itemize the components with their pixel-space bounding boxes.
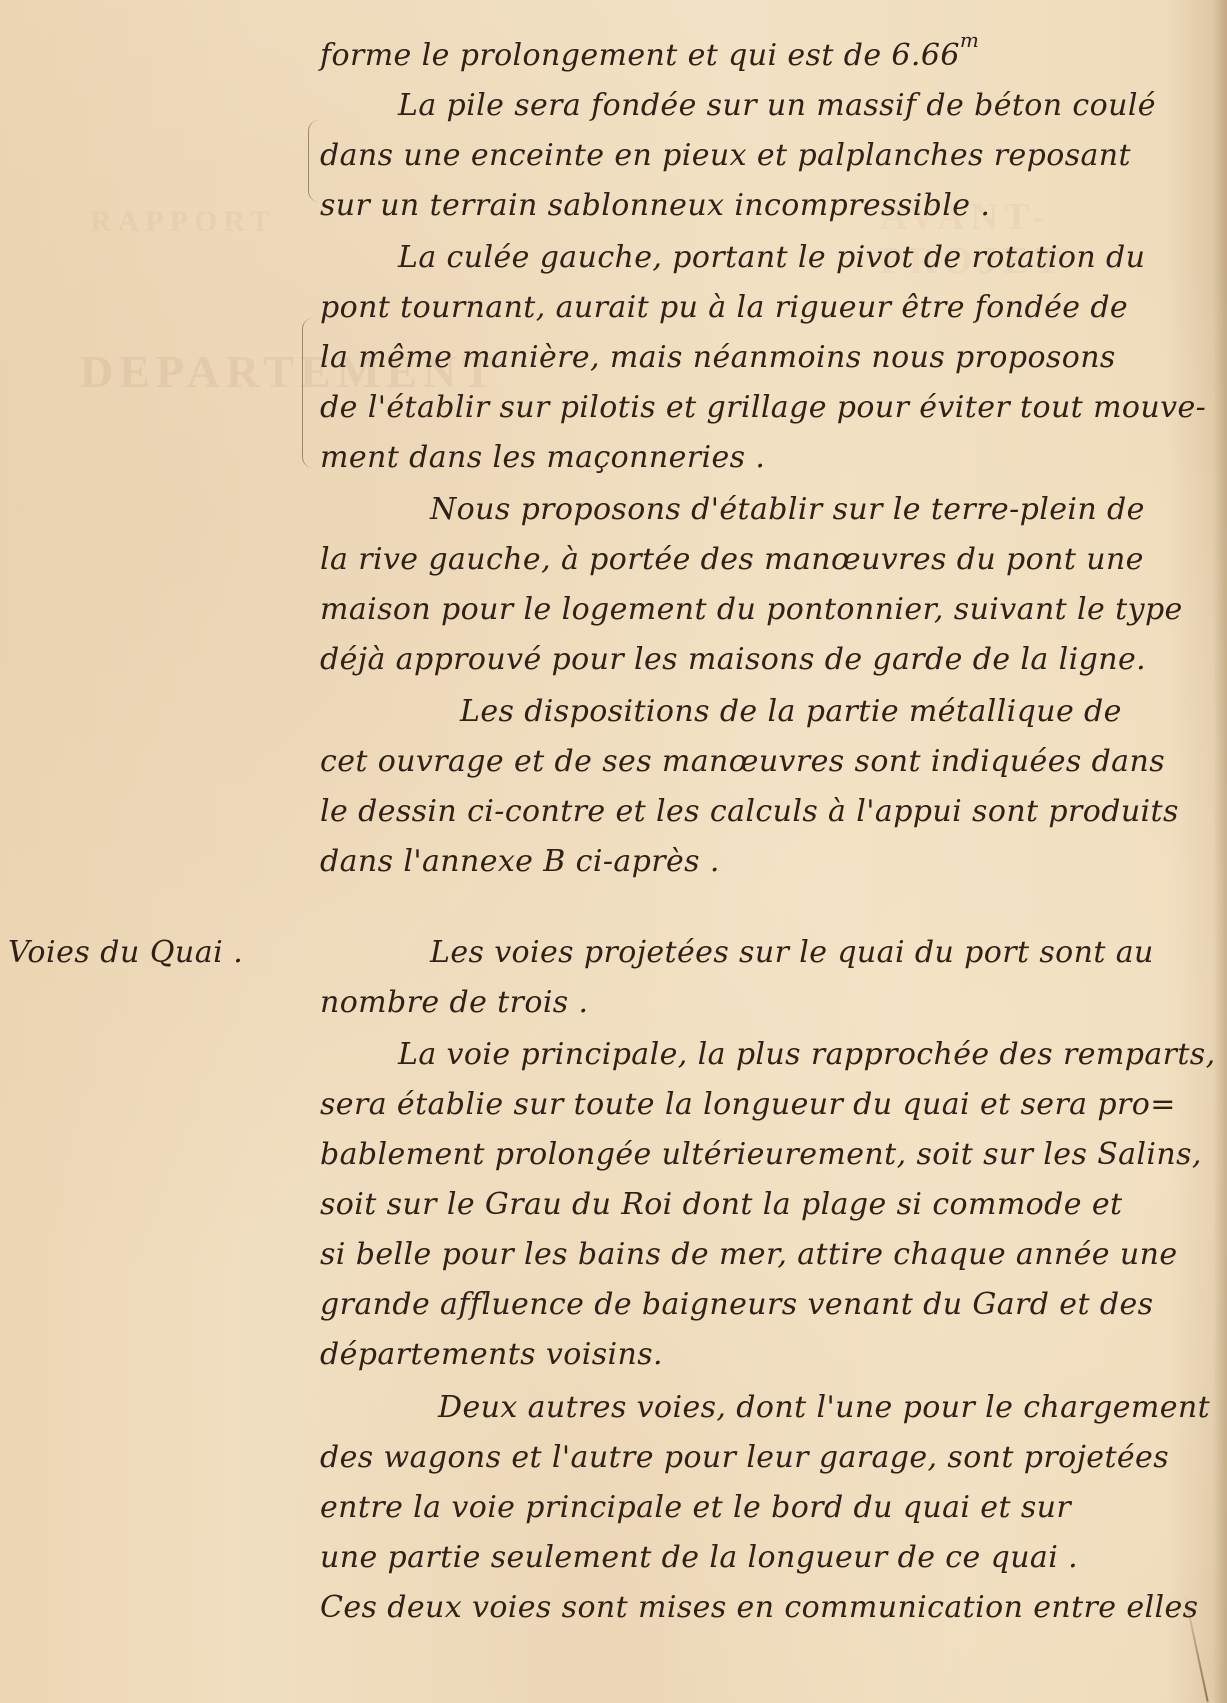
bleed-through-text: RAPPORT bbox=[90, 205, 276, 239]
manuscript-line: entre la voie principale et le bord du q… bbox=[320, 1490, 1071, 1525]
manuscript-page: RAPPORT DEPARTEMENT AVANT-PROJET Voies d… bbox=[0, 0, 1227, 1703]
line-text: La culée gauche, portant le pivot de rot… bbox=[398, 240, 1145, 275]
line-text: une partie seulement de la longueur de c… bbox=[320, 1540, 1078, 1575]
manuscript-line: La voie principale, la plus rapprochée d… bbox=[398, 1037, 1216, 1072]
unit-superscript: m bbox=[960, 28, 979, 52]
line-text: cet ouvrage et de ses manœuvres sont ind… bbox=[320, 744, 1165, 779]
manuscript-line: ment dans les maçonneries . bbox=[320, 440, 765, 475]
margin-heading: Voies du Quai . bbox=[8, 935, 243, 970]
manuscript-line: Nous proposons d'établir sur le terre-pl… bbox=[430, 492, 1145, 527]
line-text: Les dispositions de la partie métallique… bbox=[460, 694, 1122, 729]
line-text: la même manière, mais néanmoins nous pro… bbox=[320, 340, 1116, 375]
line-text: départements voisins. bbox=[320, 1337, 663, 1372]
line-text: dans une enceinte en pieux et palplanche… bbox=[320, 138, 1131, 173]
manuscript-line: Deux autres voies, dont l'une pour le ch… bbox=[438, 1390, 1210, 1425]
manuscript-line: la même manière, mais néanmoins nous pro… bbox=[320, 340, 1116, 375]
manuscript-line: Les dispositions de la partie métallique… bbox=[460, 694, 1122, 729]
manuscript-line: La culée gauche, portant le pivot de rot… bbox=[398, 240, 1145, 275]
line-text: dans l'annexe B ci-après . bbox=[320, 844, 720, 879]
line-text: La voie principale, la plus rapprochée d… bbox=[398, 1037, 1216, 1072]
manuscript-line: sur un terrain sablonneux incompressible… bbox=[320, 188, 990, 223]
line-text: La pile sera fondée sur un massif de bét… bbox=[398, 88, 1156, 123]
line-text: soit sur le Grau du Roi dont la plage si… bbox=[320, 1187, 1122, 1222]
line-text: sur un terrain sablonneux incompressible… bbox=[320, 188, 990, 223]
line-text: sera établie sur toute la longueur du qu… bbox=[320, 1087, 1176, 1122]
manuscript-line: départements voisins. bbox=[320, 1337, 663, 1372]
manuscript-line: Les voies projetées sur le quai du port … bbox=[430, 935, 1154, 970]
line-text: forme le prolongement et qui est de 6.66 bbox=[320, 38, 960, 73]
manuscript-line: de l'établir sur pilotis et grillage pou… bbox=[320, 390, 1206, 425]
manuscript-line: des wagons et l'autre pour leur garage, … bbox=[320, 1440, 1169, 1475]
line-text: Nous proposons d'établir sur le terre-pl… bbox=[430, 492, 1145, 527]
line-text: la rive gauche, à portée des manœuvres d… bbox=[320, 542, 1144, 577]
manuscript-line: une partie seulement de la longueur de c… bbox=[320, 1540, 1078, 1575]
line-text: entre la voie principale et le bord du q… bbox=[320, 1490, 1071, 1525]
line-text: de l'établir sur pilotis et grillage pou… bbox=[320, 390, 1206, 425]
manuscript-line: dans l'annexe B ci-après . bbox=[320, 844, 720, 879]
manuscript-line: Ces deux voies sont mises en communicati… bbox=[320, 1590, 1198, 1625]
line-text: Deux autres voies, dont l'une pour le ch… bbox=[438, 1390, 1210, 1425]
line-text: pont tournant, aurait pu à la rigueur êt… bbox=[320, 290, 1128, 325]
manuscript-line: dans une enceinte en pieux et palplanche… bbox=[320, 138, 1131, 173]
line-text: ment dans les maçonneries . bbox=[320, 440, 765, 475]
manuscript-line: forme le prolongement et qui est de 6.66… bbox=[320, 38, 979, 73]
manuscript-line: le dessin ci-contre et les calculs à l'a… bbox=[320, 794, 1179, 829]
manuscript-line: La pile sera fondée sur un massif de bét… bbox=[398, 88, 1156, 123]
page-edge-shadow bbox=[1213, 0, 1227, 1703]
line-text: nombre de trois . bbox=[320, 985, 588, 1020]
manuscript-line: la rive gauche, à portée des manœuvres d… bbox=[320, 542, 1144, 577]
line-text: grande affluence de baigneurs venant du … bbox=[320, 1287, 1153, 1322]
manuscript-line: soit sur le Grau du Roi dont la plage si… bbox=[320, 1187, 1122, 1222]
manuscript-line: sera établie sur toute la longueur du qu… bbox=[320, 1087, 1176, 1122]
line-text: Les voies projetées sur le quai du port … bbox=[430, 935, 1154, 970]
manuscript-line: bablement prolongée ultérieurement, soit… bbox=[320, 1137, 1202, 1172]
manuscript-line: pont tournant, aurait pu à la rigueur êt… bbox=[320, 290, 1128, 325]
manuscript-line: nombre de trois . bbox=[320, 985, 588, 1020]
margin-bracket bbox=[308, 120, 319, 202]
manuscript-line: déjà approuvé pour les maisons de garde … bbox=[320, 642, 1146, 677]
manuscript-line: si belle pour les bains de mer, attire c… bbox=[320, 1237, 1177, 1272]
line-text: bablement prolongée ultérieurement, soit… bbox=[320, 1137, 1202, 1172]
line-text: le dessin ci-contre et les calculs à l'a… bbox=[320, 794, 1179, 829]
line-text: déjà approuvé pour les maisons de garde … bbox=[320, 642, 1146, 677]
margin-bracket bbox=[302, 318, 313, 468]
line-text: Ces deux voies sont mises en communicati… bbox=[320, 1590, 1198, 1625]
line-text: si belle pour les bains de mer, attire c… bbox=[320, 1237, 1177, 1272]
line-text: maison pour le logement du pontonnier, s… bbox=[320, 592, 1183, 627]
line-text: des wagons et l'autre pour leur garage, … bbox=[320, 1440, 1169, 1475]
manuscript-line: cet ouvrage et de ses manœuvres sont ind… bbox=[320, 744, 1165, 779]
manuscript-line: grande affluence de baigneurs venant du … bbox=[320, 1287, 1153, 1322]
manuscript-line: maison pour le logement du pontonnier, s… bbox=[320, 592, 1183, 627]
